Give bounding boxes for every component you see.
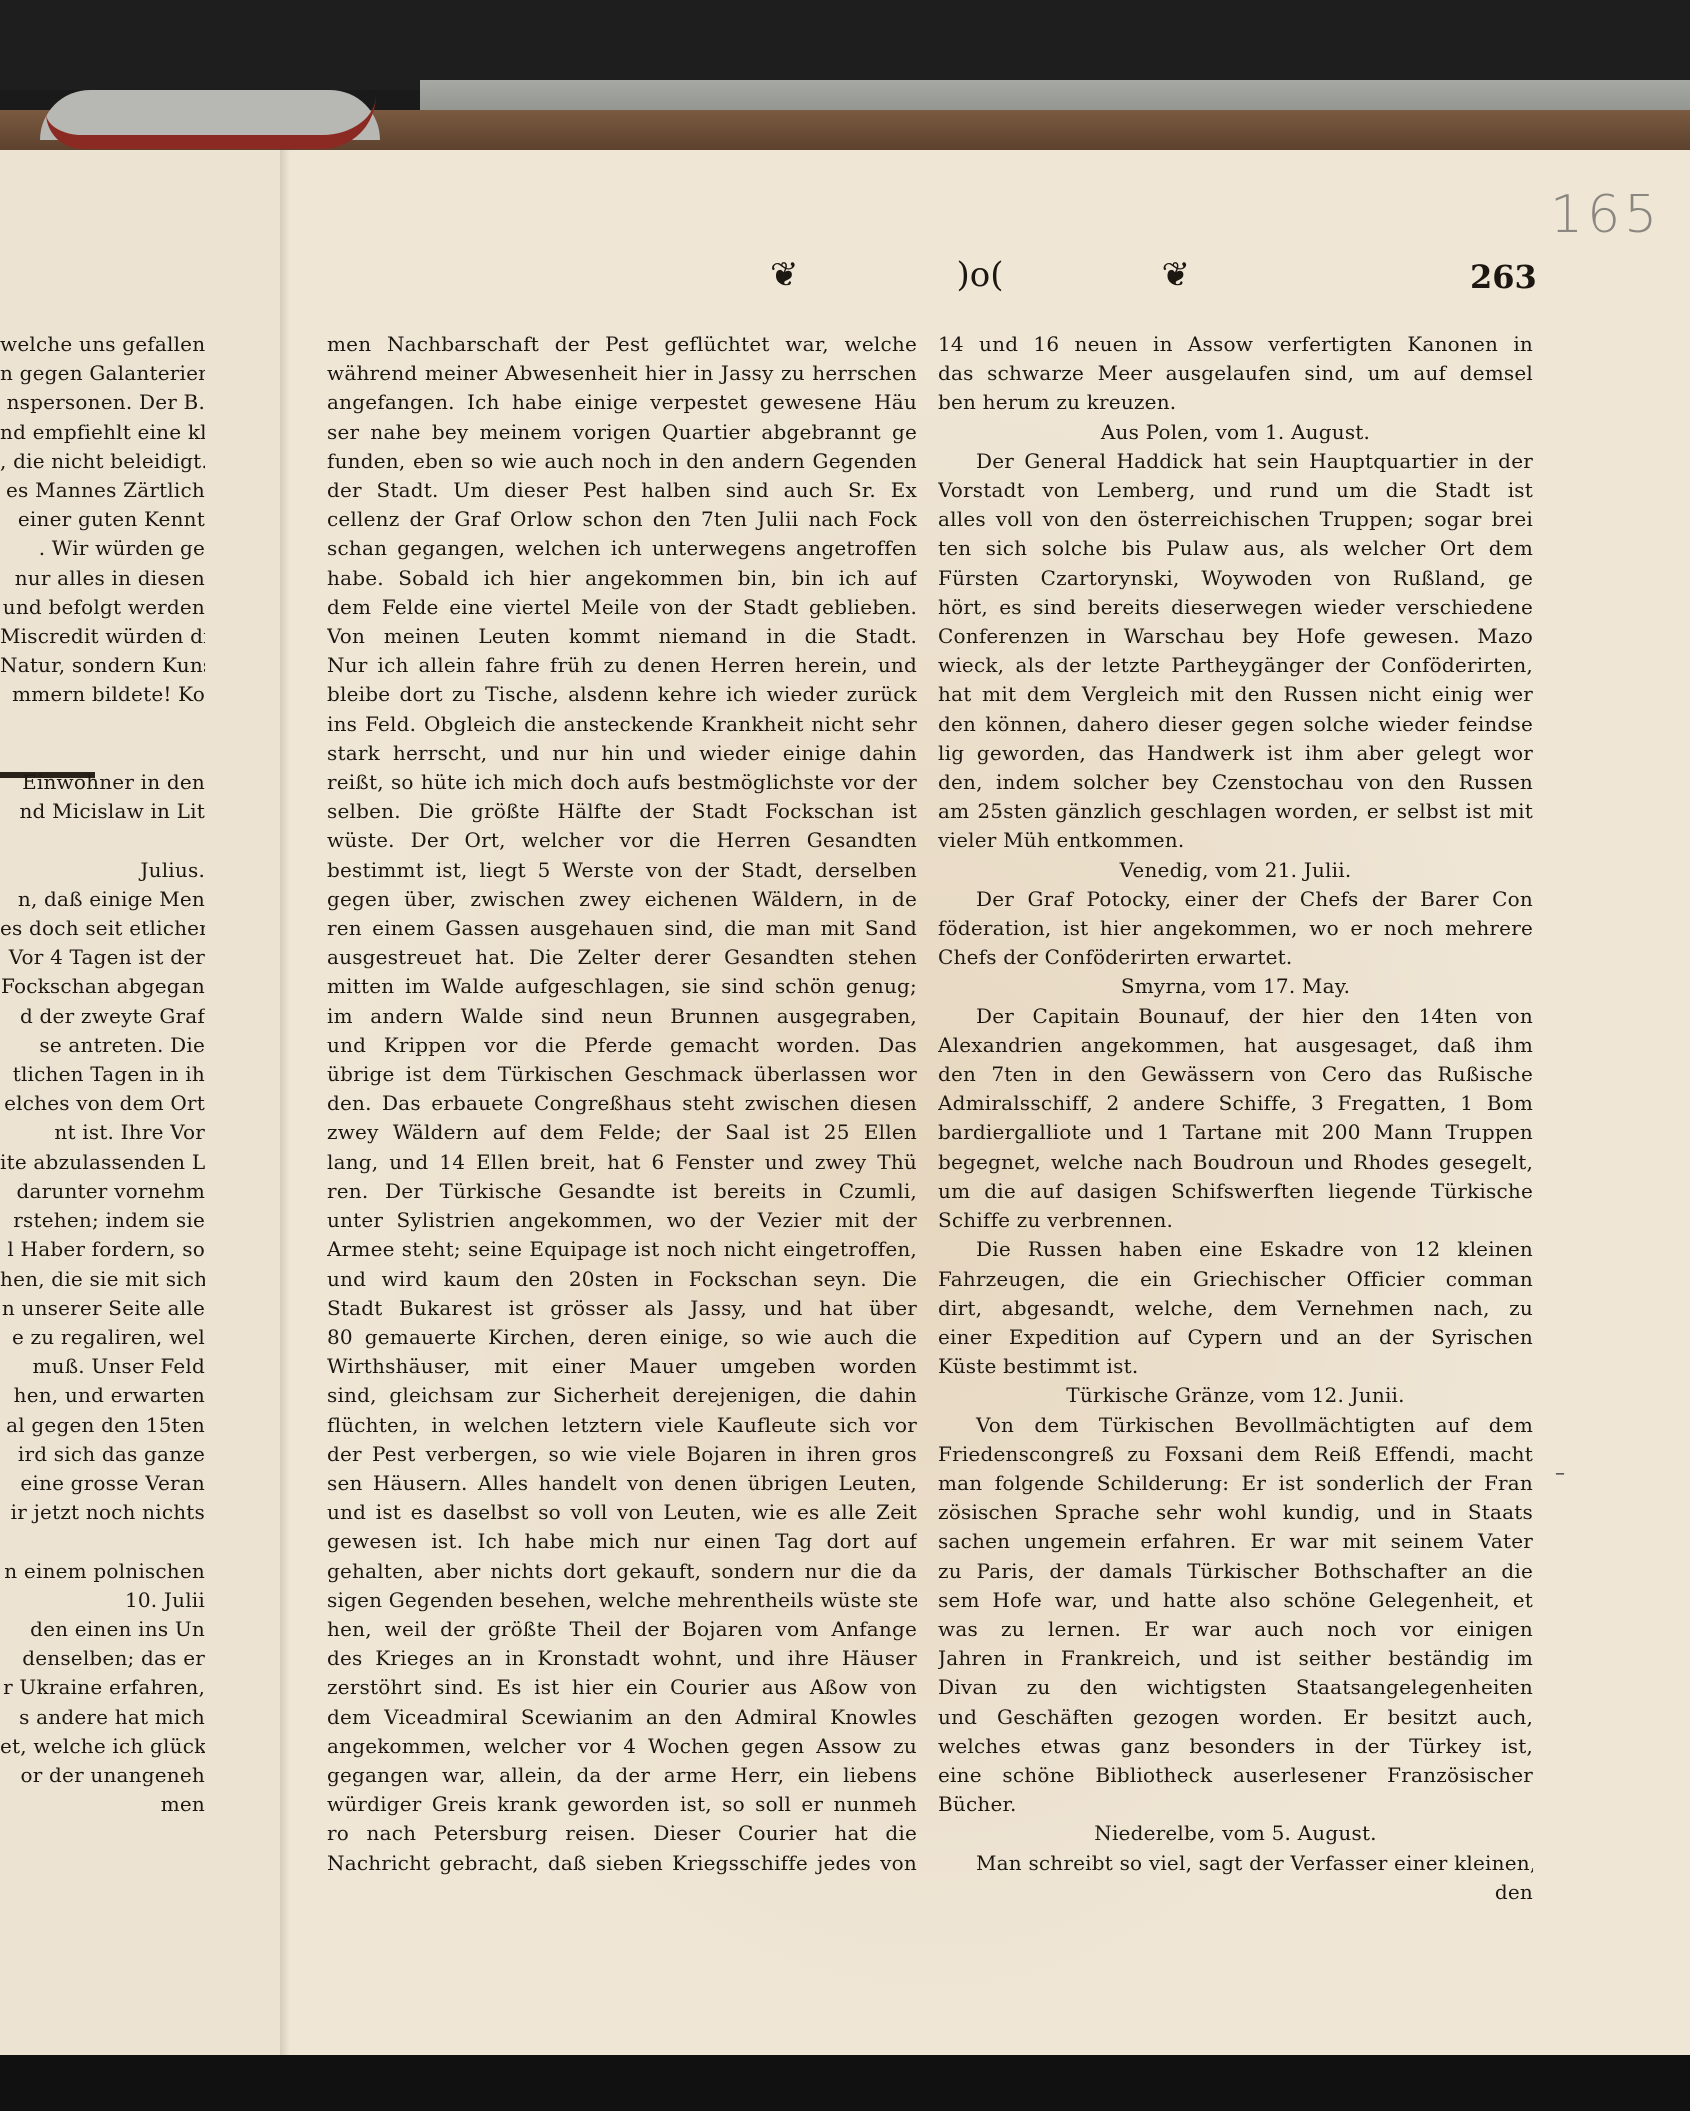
text-line: dem Viceadmiral Scewianim an den Admiral… — [327, 1703, 917, 1732]
text-line: lang, und 14 Ellen breit, hat 6 Fenster … — [327, 1148, 917, 1177]
text-line: ren. Der Türkische Gesandte ist bereits … — [327, 1177, 917, 1206]
headband-stitching — [46, 95, 376, 149]
text-line: bardiergalliote und 1 Tartane mit 200 Ma… — [938, 1118, 1533, 1147]
text-line: Nachricht gebracht, daß sieben Kriegssch… — [327, 1849, 917, 1878]
text-line: ausgestreuet hat. Die Zelter derer Gesan… — [327, 943, 917, 972]
text-line: or der unangeneh — [0, 1761, 205, 1790]
text-line: man folgende Schilderung: Er ist sonderl… — [938, 1469, 1533, 1498]
text-line — [0, 1527, 205, 1556]
text-line: während meiner Abwesenheit hier in Jassy… — [327, 359, 917, 388]
text-line: angefangen. Ich habe einige verpestet ge… — [327, 388, 917, 417]
text-line: , die nicht beleidigt. — [0, 447, 205, 476]
text-line: übrige ist dem Türkischen Geschmack über… — [327, 1060, 917, 1089]
text-line — [0, 826, 205, 855]
text-line: tlichen Tagen in ih — [0, 1060, 205, 1089]
text-line: vieler Müh entkommen. — [938, 826, 1533, 855]
text-line: wüste. Der Ort, welcher vor die Herren G… — [327, 826, 917, 855]
text-line: begegnet, welche nach Boudroun und Rhode… — [938, 1148, 1533, 1177]
text-line: am 25sten gänzlich geschlagen worden, er… — [938, 797, 1533, 826]
text-line: Bücher. — [938, 1790, 1533, 1819]
text-line: selben. Die größte Hälfte der Stadt Fock… — [327, 797, 917, 826]
text-line: hört, es sind bereits dieserwegen wieder… — [938, 593, 1533, 622]
text-line: ten sich solche bis Pulaw aus, als welch… — [938, 534, 1533, 563]
text-line: sigen Gegenden besehen, welche mehrenthe… — [327, 1586, 917, 1615]
text-line: zu Paris, der damals Türkischer Bothscha… — [938, 1557, 1533, 1586]
text-line: dirt, abgesandt, welche, dem Vernehmen n… — [938, 1294, 1533, 1323]
text-line: Julius. — [0, 856, 205, 885]
text-line: zerstöhrt sind. Es ist hier ein Courier … — [327, 1673, 917, 1702]
text-line: n einem polnischen — [0, 1557, 205, 1586]
text-line: zwey Wäldern auf dem Felde; der Saal ist… — [327, 1118, 917, 1147]
text-line — [0, 710, 205, 739]
text-line: föderation, ist hier angekommen, wo er n… — [938, 914, 1533, 943]
middle-column: men Nachbarschaft der Pest geflüchtet wa… — [327, 330, 917, 1878]
text-line: muß. Unser Feld — [0, 1352, 205, 1381]
text-line: Von meinen Leuten kommt niemand in die S… — [327, 622, 917, 651]
text-line: einer Expedition auf Cypern und an der S… — [938, 1323, 1533, 1352]
text-line: gewesen ist. Ich habe mich nur einen Tag… — [327, 1527, 917, 1556]
text-line: e zu regaliren, wel — [0, 1323, 205, 1352]
text-line: und wird kaum den 20sten in Fockschan se… — [327, 1265, 917, 1294]
text-line: den 7ten in den Gewässern von Cero das R… — [938, 1060, 1533, 1089]
background-bottom — [0, 2055, 1690, 2111]
text-line: n gegen Galanterien — [0, 359, 205, 388]
text-line: welches etwas ganz besonders in der Türk… — [938, 1732, 1533, 1761]
text-line: bleibe dort zu Tische, alsdenn kehre ich… — [327, 680, 917, 709]
text-line: ins Feld. Obgleich die ansteckende Krank… — [327, 710, 917, 739]
text-line: et, welche ich glück — [0, 1732, 205, 1761]
text-line: ir jetzt noch nichts — [0, 1498, 205, 1527]
text-line: lig geworden, das Handwerk ist ihm aber … — [938, 739, 1533, 768]
text-line: hen, und erwarten — [0, 1381, 205, 1410]
text-line: hat mit dem Vergleich mit den Russen nic… — [938, 680, 1533, 709]
text-line: cellenz der Graf Orlow schon den 7ten Ju… — [327, 505, 917, 534]
text-line: was zu lernen. Er war auch noch vor eini… — [938, 1615, 1533, 1644]
text-line: der Stadt. Um dieser Pest halben sind au… — [327, 476, 917, 505]
text-line: eine schöne Bibliotheck auserlesener Fra… — [938, 1761, 1533, 1790]
text-line: darunter vornehm — [0, 1177, 205, 1206]
text-line: den. Das erbauete Congreßhaus steht zwis… — [327, 1089, 917, 1118]
text-line: Vor 4 Tagen ist der — [0, 943, 205, 972]
text-line: gegen über, zwischen zwey eichenen Wälde… — [327, 885, 917, 914]
text-line: und ist es daselbst so voll von Leuten, … — [327, 1498, 917, 1527]
section-heading: Aus Polen, vom 1. August. — [938, 418, 1533, 447]
text-line: dem Felde eine viertel Meile von der Sta… — [327, 593, 917, 622]
text-line: ren einem Gassen ausgehauen sind, die ma… — [327, 914, 917, 943]
text-line: Einwohner in den — [0, 768, 205, 797]
text-line: unter Sylistrien angekommen, wo der Vezi… — [327, 1206, 917, 1235]
text-line: 14 und 16 neuen in Assow verfertigten Ka… — [938, 330, 1533, 359]
text-line: sen Häusern. Alles handelt von denen übr… — [327, 1469, 917, 1498]
text-line: Küste bestimmt ist. — [938, 1352, 1533, 1381]
text-line: mitten im Walde aufgeschlagen, sie sind … — [327, 972, 917, 1001]
text-line: Alexandrien angekommen, hat ausgesaget, … — [938, 1031, 1533, 1060]
text-line: r Ukraine erfahren, — [0, 1673, 205, 1702]
text-line: se antreten. Die — [0, 1031, 205, 1060]
text-line: gehalten, aber nichts dort gekauft, sond… — [327, 1557, 917, 1586]
catchword: den — [938, 1878, 1533, 1907]
text-line: 10. Julii — [0, 1586, 205, 1615]
text-line: und Krippen vor die Pferde gemacht worde… — [327, 1031, 917, 1060]
text-line: einer guten Kennt — [0, 505, 205, 534]
text-line: habe. Sobald ich hier angekommen bin, bi… — [327, 564, 917, 593]
text-line: denselben; das er — [0, 1644, 205, 1673]
section-heading: Türkische Gränze, vom 12. Junii. — [938, 1381, 1533, 1410]
text-line: ite abzulassenden Le — [0, 1148, 205, 1177]
text-line: d der zweyte Graf — [0, 1002, 205, 1031]
text-line: stark herrscht, und nur hin und wieder e… — [327, 739, 917, 768]
text-line: Fockschan abgegan — [0, 972, 205, 1001]
text-line: des Krieges an in Kronstadt wohnt, und i… — [327, 1644, 917, 1673]
text-line: der Pest verbergen, so wie viele Bojaren… — [327, 1440, 917, 1469]
page-number: 263 — [1470, 258, 1537, 296]
text-line: men — [0, 1790, 205, 1819]
right-column: 14 und 16 neuen in Assow verfertigten Ka… — [938, 330, 1533, 1907]
text-line: den können, dahero dieser gegen solche w… — [938, 710, 1533, 739]
margin-mark: – — [1555, 1460, 1565, 1484]
text-line: elches von dem Ort — [0, 1089, 205, 1118]
text-line: ird sich das ganze — [0, 1440, 205, 1469]
text-line: Vorstadt von Lemberg, und rund um die St… — [938, 476, 1533, 505]
text-line: und befolgt werden — [0, 593, 205, 622]
text-line: s andere hat mich — [0, 1703, 205, 1732]
text-line: nspersonen. Der B. — [0, 388, 205, 417]
text-line: es Mannes Zärtlich — [0, 476, 205, 505]
text-line: schan gegangen, welchen ich unterwegens … — [327, 534, 917, 563]
text-line: Der Capitain Bounauf, der hier den 14ten… — [938, 1002, 1533, 1031]
text-line: um die auf dasigen Schifswerften liegend… — [938, 1177, 1533, 1206]
text-line: flüchten, in welchen letztern viele Kauf… — [327, 1411, 917, 1440]
text-line — [0, 739, 205, 768]
text-line: 80 gemauerte Kirchen, deren einige, so w… — [327, 1323, 917, 1352]
text-line: rstehen; indem sie — [0, 1206, 205, 1235]
text-line: men Nachbarschaft der Pest geflüchtet wa… — [327, 330, 917, 359]
background-top — [0, 0, 1690, 90]
text-line: al gegen den 15ten — [0, 1411, 205, 1440]
shell-ornament-icon: ❦ — [1162, 255, 1191, 295]
book-gutter — [280, 150, 290, 2060]
text-line: Fürsten Czartorynski, Woywoden von Rußla… — [938, 564, 1533, 593]
text-line: Von dem Türkischen Bevollmächtigten auf … — [938, 1411, 1533, 1440]
text-line: Friedenscongreß zu Foxsani dem Reiß Effe… — [938, 1440, 1533, 1469]
section-heading: Venedig, vom 21. Julii. — [938, 856, 1533, 885]
text-line: Die Russen haben eine Eskadre von 12 kle… — [938, 1235, 1533, 1264]
text-line: angekommen, welcher vor 4 Wochen gegen A… — [327, 1732, 917, 1761]
text-line: hen, weil der größte Theil der Bojaren v… — [327, 1615, 917, 1644]
header-ornament: ❦ )o( ❦ — [770, 255, 1190, 295]
text-line: zösischen Sprache sehr wohl kundig, und … — [938, 1498, 1533, 1527]
text-line: Der General Haddick hat sein Hauptquarti… — [938, 447, 1533, 476]
left-page-column: welche uns gefallen.n gegen Galanterienn… — [0, 330, 205, 1819]
text-line: nur alles in diesen — [0, 564, 205, 593]
shell-ornament-icon: ❦ — [770, 255, 799, 295]
text-line: Chefs der Conföderirten erwartet. — [938, 943, 1533, 972]
text-line: den, indem solcher bey Czenstochau von d… — [938, 768, 1533, 797]
section-heading: Smyrna, vom 17. May. — [938, 972, 1533, 1001]
text-line: Conferenzen in Warschau bey Hofe gewesen… — [938, 622, 1533, 651]
text-line: Wirthshäuser, mit einer Mauer umgeben wo… — [327, 1352, 917, 1381]
text-line: funden, eben so wie auch noch in den and… — [327, 447, 917, 476]
text-line: Fahrzeugen, die ein Griechischer Officie… — [938, 1265, 1533, 1294]
text-line: . Wir würden ge — [0, 534, 205, 563]
text-line: Der Graf Potocky, einer der Chefs der Ba… — [938, 885, 1533, 914]
text-line: Jahren in Frankreich, und ist seither be… — [938, 1644, 1533, 1673]
text-line: nt ist. Ihre Vor — [0, 1118, 205, 1147]
text-line: n, daß einige Men — [0, 885, 205, 914]
text-line: hen, die sie mit sich — [0, 1265, 205, 1294]
text-line: den einen ins Un — [0, 1615, 205, 1644]
text-line: eine grosse Veran — [0, 1469, 205, 1498]
text-line: welche uns gefallen. — [0, 330, 205, 359]
text-line: gegangen war, allein, da der arme Herr, … — [327, 1761, 917, 1790]
text-line: es doch seit etlichen — [0, 914, 205, 943]
text-line: und Geschäften gezogen worden. Er besitz… — [938, 1703, 1533, 1732]
text-line: ben herum zu kreuzen. — [938, 388, 1533, 417]
text-line: Armee steht; seine Equipage ist noch nic… — [327, 1235, 917, 1264]
text-line: nd empfiehlt eine klu — [0, 418, 205, 447]
text-line: sem Hofe war, und hatte also schöne Gele… — [938, 1586, 1533, 1615]
text-line: Schiffe zu verbrennen. — [938, 1206, 1533, 1235]
text-line: Natur, sondern Kunst — [0, 651, 205, 680]
text-line: sachen ungemein erfahren. Er war mit sei… — [938, 1527, 1533, 1556]
text-line: n unserer Seite alle — [0, 1294, 205, 1323]
text-line: sind, gleichsam zur Sicherheit derejenig… — [327, 1381, 917, 1410]
pencil-folio-number: 165 — [1550, 185, 1661, 245]
text-line: Divan zu den wichtigsten Staatsangelegen… — [938, 1673, 1533, 1702]
text-line: l Haber fordern, so — [0, 1235, 205, 1264]
text-line: reißt, so hüte ich mich doch aufs bestmö… — [327, 768, 917, 797]
text-line: Admiralsschiff, 2 andere Schiffe, 3 Freg… — [938, 1089, 1533, 1118]
text-line: Miscredit würden die — [0, 622, 205, 651]
section-heading: Niederelbe, vom 5. August. — [938, 1819, 1533, 1848]
text-line: mmern bildete! Ko — [0, 680, 205, 709]
text-line: bestimmt ist, liegt 5 Werste von der Sta… — [327, 856, 917, 885]
text-line: nd Micislaw in Lit — [0, 797, 205, 826]
center-ornament-icon: )o( — [957, 255, 1004, 295]
text-line: ser nahe bey meinem vorigen Quartier abg… — [327, 418, 917, 447]
text-line: Man schreibt so viel, sagt der Verfasser… — [938, 1849, 1533, 1878]
text-line: würdiger Greis krank geworden ist, so so… — [327, 1790, 917, 1819]
text-line: das schwarze Meer ausgelaufen sind, um a… — [938, 359, 1533, 388]
text-line: wieck, als der letzte Partheygänger der … — [938, 651, 1533, 680]
text-line: im andern Walde sind neun Brunnen ausgeg… — [327, 1002, 917, 1031]
text-line: alles voll von den österreichischen Trup… — [938, 505, 1533, 534]
text-line: Nur ich allein fahre früh zu denen Herre… — [327, 651, 917, 680]
text-line: ro nach Petersburg reisen. Dieser Courie… — [327, 1819, 917, 1848]
text-line: Stadt Bukarest ist grösser als Jassy, un… — [327, 1294, 917, 1323]
